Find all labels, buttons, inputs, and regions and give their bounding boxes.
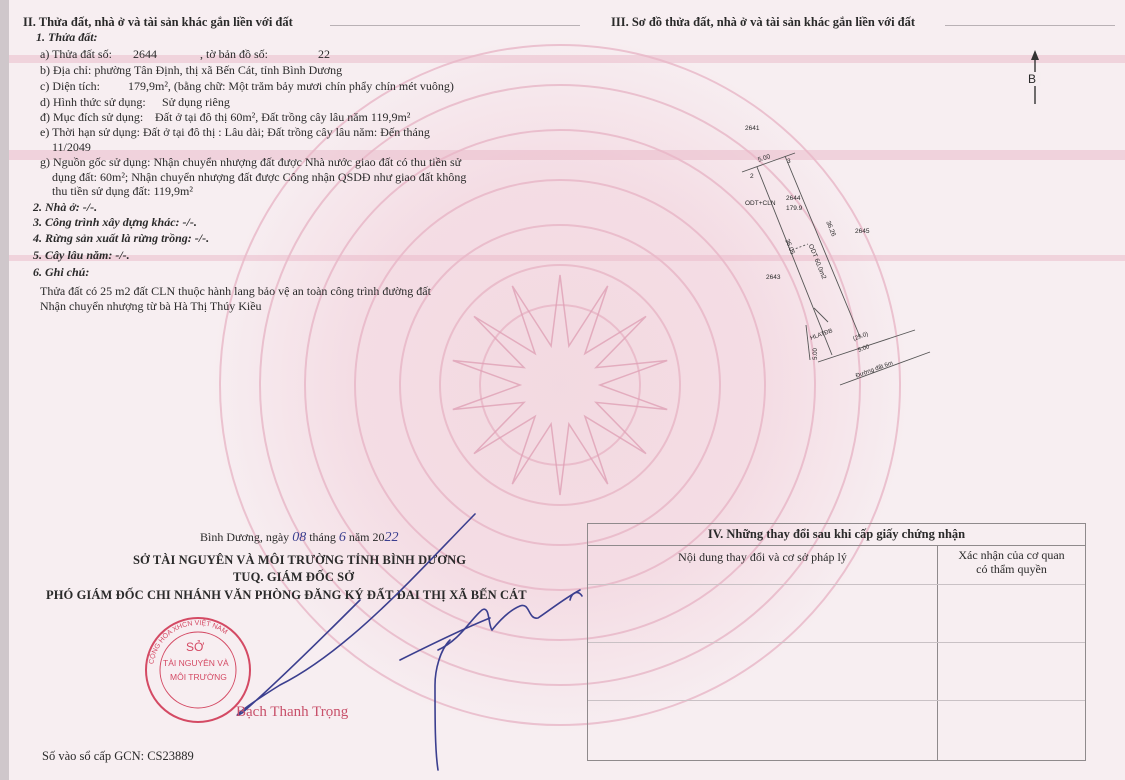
notes-heading: 6. Ghi chú: bbox=[33, 265, 89, 279]
map-sheet-value: 22 bbox=[318, 47, 330, 61]
usage-term-line2: 11/2049 bbox=[52, 140, 91, 154]
origin-line3: thu tiền sử dụng đất: 119,9m² bbox=[52, 184, 193, 198]
corridor-offset: 5.00 bbox=[809, 348, 823, 360]
usage-purpose-value: Đất ở tại đô thị 60m², Đất trồng cây lâu… bbox=[155, 110, 410, 124]
usage-form-value: Sử dụng riêng bbox=[162, 95, 230, 109]
land-use-code: ODT+CLN bbox=[745, 197, 776, 211]
usage-term-line1: e) Thời hạn sử dụng: Đất ở tại đô thị : … bbox=[40, 125, 430, 139]
neighbor-2645: 2645 bbox=[855, 225, 869, 239]
origin-line1: g) Nguồn gốc sử dụng: Nhận chuyển nhượng… bbox=[40, 155, 461, 169]
parcel-heading: 1. Thửa đất: bbox=[36, 30, 98, 44]
perennial-line: 5. Cây lâu năm: -/-. bbox=[33, 248, 130, 262]
table-row-line bbox=[588, 642, 1085, 643]
area-value: 179,9m², (bằng chữ: Một trăm bảy mươi ch… bbox=[128, 79, 454, 93]
signature-scribble bbox=[220, 510, 600, 780]
forest-line: 4. Rừng sản xuất là rừng trồng: -/-. bbox=[33, 231, 209, 245]
notes-line1: Thửa đất có 25 m2 đất CLN thuộc hành lan… bbox=[40, 284, 431, 298]
corner-3: 3 bbox=[787, 155, 791, 169]
registry-value: CS23889 bbox=[147, 749, 194, 763]
section-iii-title: III. Sơ đồ thửa đất, nhà ở và tài sản kh… bbox=[611, 15, 915, 29]
registry-label: Số vào sổ cấp GCN: bbox=[42, 749, 144, 763]
address: b) Địa chỉ: phường Tân Định, thị xã Bến … bbox=[40, 63, 342, 77]
neighbor-2643: 2643 bbox=[766, 271, 780, 285]
column-header-content: Nội dung thay đổi và cơ sở pháp lý bbox=[588, 550, 937, 564]
origin-line2: dụng đất: 60m²; Nhận chuyển nhượng đất đ… bbox=[52, 170, 466, 184]
parcel-number-label: a) Thửa đất số: bbox=[40, 47, 112, 61]
stamp-line3: MÔI TRƯỜNG bbox=[170, 670, 227, 684]
north-label: B bbox=[1028, 72, 1036, 86]
stamp-line1: SỞ bbox=[186, 640, 204, 654]
registry-number: Số vào sổ cấp GCN: CS23889 bbox=[42, 749, 194, 763]
area-label: c) Diện tích: bbox=[40, 79, 100, 93]
divider bbox=[330, 25, 580, 26]
house-line: 2. Nhà ở: -/-. bbox=[33, 200, 97, 214]
other-construction-line: 3. Công trình xây dựng khác: -/-. bbox=[33, 215, 197, 229]
table-row-line bbox=[588, 584, 1085, 585]
section-iv-title: IV. Những thay đổi sau khi cấp giấy chứn… bbox=[588, 524, 1085, 546]
divider bbox=[945, 25, 1115, 26]
changes-table: IV. Những thay đổi sau khi cấp giấy chứn… bbox=[587, 523, 1086, 761]
column-header-confirmation: Xác nhận của cơ quan có thẩm quyền bbox=[938, 548, 1085, 576]
section-ii-title: II. Thửa đất, nhà ở và tài sản khác gắn … bbox=[23, 15, 293, 29]
usage-purpose-label: đ) Mục đích sử dụng: bbox=[40, 110, 143, 124]
neighbor-2641: 2641 bbox=[745, 122, 759, 136]
column-divider bbox=[937, 545, 938, 760]
stamp-line2: TÀI NGUYÊN VÀ bbox=[163, 656, 229, 670]
map-sheet-label: , tờ bản đồ số: bbox=[200, 47, 268, 61]
signer-name: Bạch Thanh Trọng bbox=[236, 705, 348, 719]
corner-2: 2 bbox=[750, 170, 754, 184]
parcel-area-map: 179.9 bbox=[786, 202, 802, 216]
column-header-confirmation-line1: Xác nhận của cơ quan bbox=[938, 548, 1085, 562]
parcel-number-value: 2644 bbox=[133, 47, 157, 61]
usage-form-label: d) Hình thức sử dụng: bbox=[40, 95, 146, 109]
column-header-confirmation-line2: có thẩm quyền bbox=[938, 562, 1085, 576]
table-row-line bbox=[588, 700, 1085, 701]
notes-line2: Nhận chuyển nhượng từ bà Hà Thị Thúy Kiề… bbox=[40, 299, 262, 313]
